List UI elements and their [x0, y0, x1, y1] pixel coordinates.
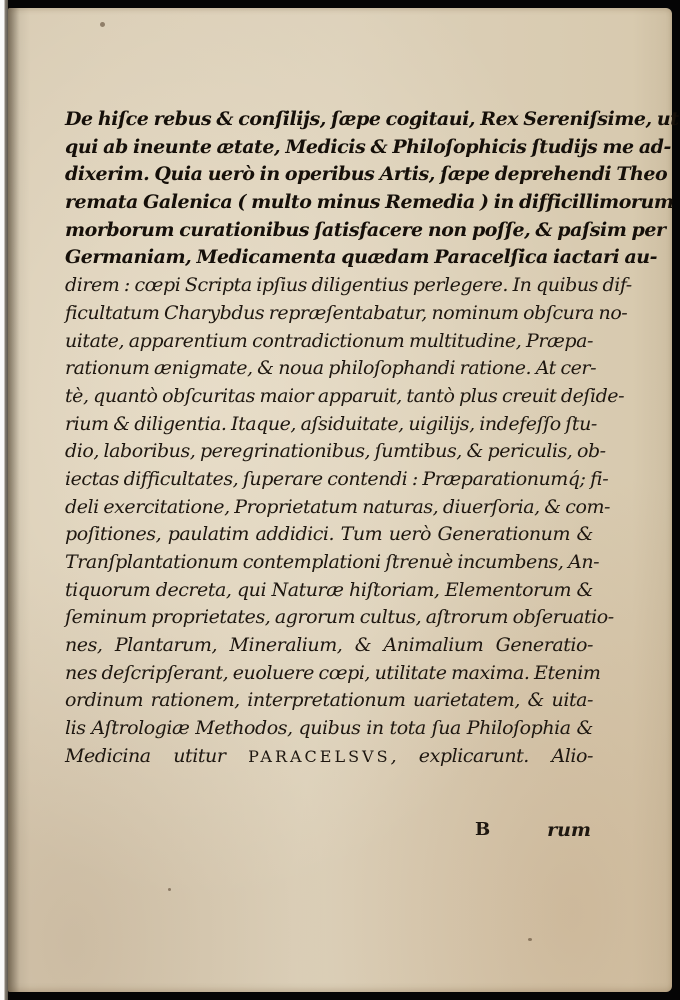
scan-frame: De hiſce rebus & conſilijs, ſæpe cogitau… [0, 0, 680, 1000]
text-line-last: Medicina utitur PARACELSVS, explicarunt.… [65, 743, 593, 771]
text-line: ordinum rationem, interpretationum uarie… [65, 687, 593, 715]
paper-speck [100, 22, 105, 27]
text-line: rationum ænigmate, & noua philoſophandi … [65, 355, 593, 383]
text-line: uitate, apparentium contradictionum mult… [65, 328, 593, 356]
scanner-edge [0, 0, 8, 1000]
book-page: De hiſce rebus & conſilijs, ſæpe cogitau… [8, 8, 672, 992]
text-line: rium & diligentia. Itaque, aſsiduitate, … [65, 411, 593, 439]
text-line: tiquorum decreta, qui Naturæ hiſtoriam, … [65, 577, 593, 605]
text-line: dixerim. Quia uerò in operibus Artis, ſæ… [65, 161, 593, 189]
text-line: morborum curationibus ſatisfacere non po… [65, 217, 593, 245]
text-line: nes deſcripſerant, euoluere cœpi, utilit… [65, 660, 593, 688]
last-line-start: Medicina utitur [65, 745, 248, 767]
text-line: Germaniam, Medicamenta quædam Paracelſic… [65, 244, 593, 272]
body-text: De hiſce rebus & conſilijs, ſæpe cogitau… [65, 106, 593, 771]
paper-speck [528, 938, 532, 941]
text-line: nes, Plantarum, Mineralium, & Animalium … [65, 632, 593, 660]
text-line: remata Galenica ( multo minus Remedia ) … [65, 189, 593, 217]
text-line: direm : cœpi Scripta ipſius diligentius … [65, 272, 593, 300]
last-line-end: , explicarunt. Alio- [391, 745, 593, 767]
text-line: dio, laboribus, peregrinationibus, ſumti… [65, 438, 593, 466]
text-line: iectas difficultates, ſuperare contendi … [65, 466, 593, 494]
paper-speck [168, 888, 171, 891]
text-line: tè, quantò obſcuritas maior apparuit, ta… [65, 383, 593, 411]
text-line: deli exercitatione, Proprietatum naturas… [65, 494, 593, 522]
text-line: qui ab ineunte ætate, Medicis & Philoſop… [65, 134, 593, 162]
text-line: lis Aſtrologiæ Methodos, quibus in tota … [65, 715, 593, 743]
text-line: De hiſce rebus & conſilijs, ſæpe cogitau… [65, 106, 593, 134]
text-line: poſitiones, paulatim addidici. Tum uerò … [65, 521, 593, 549]
page-footer: B rum [65, 819, 593, 847]
text-line: ſeminum proprietates, agrorum cultus, aſ… [65, 604, 593, 632]
catchword: rum [547, 819, 591, 841]
text-line: ficultatum Charybdus repræſentabatur, no… [65, 300, 593, 328]
text-line: Tranſplantationum contemplationi ſtrenuè… [65, 549, 593, 577]
signature-mark: B [475, 819, 490, 840]
author-name-smallcaps: PARACELSVS [248, 747, 390, 766]
